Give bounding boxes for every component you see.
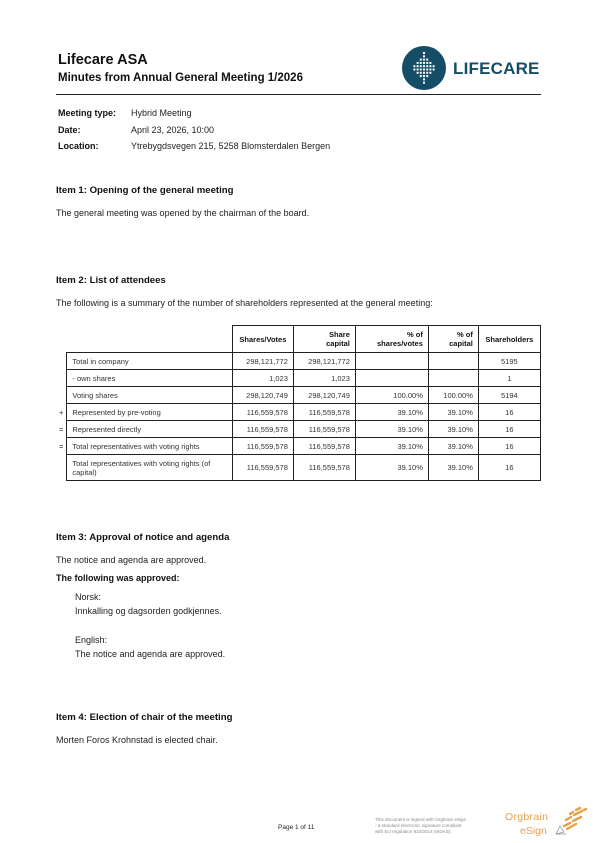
document-title: Minutes from Annual General Meeting 1/20… [58, 72, 303, 84]
share-capital-cell: 116,559,578 [293, 404, 355, 421]
lifecare-logo-text: LIFECARE [453, 59, 540, 79]
pct-capital-cell: 39.10% [428, 438, 478, 455]
shareholders-cell: 1 [478, 370, 540, 387]
orgbrain-logo-text: Orgbrain [505, 811, 548, 823]
share-capital-cell: 1,023 [293, 370, 355, 387]
date-label: Date: [58, 125, 131, 142]
row-label: Total representatives with voting rights… [67, 455, 233, 481]
pct-shares-cell: 39.10% [355, 455, 428, 481]
share-capital-cell: 298,121,772 [293, 353, 355, 370]
item1-body: The general meeting was opened by the ch… [56, 208, 309, 218]
row-sign [56, 387, 67, 404]
header-divider [56, 94, 541, 95]
pct-shares-cell: 39.10% [355, 438, 428, 455]
pct-shares-cell [355, 370, 428, 387]
pct-capital-cell: 100.00% [428, 387, 478, 404]
meeting-info: Meeting type: Hybrid Meeting Date: April… [58, 108, 330, 158]
label-header [67, 326, 233, 353]
norsk-label: Norsk: [75, 592, 101, 602]
row-label: Represented directly [67, 421, 233, 438]
table-row: Total representatives with voting rights… [56, 455, 540, 481]
pct-shares-header: % ofshares/votes [355, 326, 428, 353]
english-text: The notice and agenda are approved. [75, 649, 225, 659]
pct-capital-header: % ofcapital [428, 326, 478, 353]
company-name: Lifecare ASA [58, 52, 148, 68]
orgbrain-pen-icon [554, 806, 588, 836]
pct-shares-cell: 39.10% [355, 421, 428, 438]
meeting-type-row: Meeting type: Hybrid Meeting [58, 108, 330, 125]
item2-heading: Item 2: List of attendees [56, 275, 166, 286]
shareholders-cell: 5194 [478, 387, 540, 404]
table-row: Total in company298,121,772298,121,77251… [56, 353, 540, 370]
approved-label: The following was approved: [56, 573, 180, 583]
esign-logo-text: eSign [520, 825, 547, 837]
pct-capital-cell [428, 353, 478, 370]
table-row: =Represented directly116,559,578116,559,… [56, 421, 540, 438]
row-label: Represented by pre-voting [67, 404, 233, 421]
meeting-type-value: Hybrid Meeting [131, 108, 192, 125]
row-sign: = [56, 421, 67, 438]
shareholders-cell: 16 [478, 455, 540, 481]
item2-body: The following is a summary of the number… [56, 298, 433, 308]
item4-body: Morten Foros Krohnstad is elected chair. [56, 735, 218, 745]
lifecare-logo-icon [402, 46, 446, 90]
attendees-table: Shares/Votes Sharecapital % ofshares/vot… [56, 325, 541, 481]
sign-header [56, 326, 67, 353]
english-label: English: [75, 635, 107, 645]
table-row: +Represented by pre-voting116,559,578116… [56, 404, 540, 421]
shares-votes-cell: 116,559,578 [232, 421, 293, 438]
share-capital-cell: 298,120,749 [293, 387, 355, 404]
row-sign [56, 353, 67, 370]
table-row: - own shares1,0231,0231 [56, 370, 540, 387]
date-row: Date: April 23, 2026, 10:00 [58, 125, 330, 142]
meeting-type-label: Meeting type: [58, 108, 131, 125]
item1-heading: Item 1: Opening of the general meeting [56, 185, 234, 196]
row-label: Total representatives with voting rights [67, 438, 233, 455]
row-label: - own shares [67, 370, 233, 387]
share-capital-header: Sharecapital [293, 326, 355, 353]
item4-heading: Item 4: Election of chair of the meeting [56, 712, 232, 723]
pct-capital-cell: 39.10% [428, 455, 478, 481]
pct-capital-cell [428, 370, 478, 387]
table-row: =Total representatives with voting right… [56, 438, 540, 455]
item3-heading: Item 3: Approval of notice and agenda [56, 532, 229, 543]
share-capital-cell: 116,559,578 [293, 421, 355, 438]
pct-shares-cell: 100.00% [355, 387, 428, 404]
shares-votes-cell: 116,559,578 [232, 438, 293, 455]
item3-body: The notice and agenda are approved. [56, 555, 206, 565]
pct-capital-cell: 39.10% [428, 421, 478, 438]
signature-notice: This document is signed with Orgbrain eS… [375, 817, 505, 835]
shares-votes-cell: 298,121,772 [232, 353, 293, 370]
shareholders-header: Shareholders [478, 326, 540, 353]
location-row: Location: Ytrebygdsvegen 215, 5258 Bloms… [58, 141, 330, 158]
shares-votes-cell: 116,559,578 [232, 404, 293, 421]
shareholders-cell: 16 [478, 404, 540, 421]
date-value: April 23, 2026, 10:00 [131, 125, 214, 142]
share-capital-cell: 116,559,578 [293, 455, 355, 481]
shares-votes-cell: 298,120,749 [232, 387, 293, 404]
pct-shares-cell: 39.10% [355, 404, 428, 421]
row-sign [56, 455, 67, 481]
shares-votes-header: Shares/Votes [232, 326, 293, 353]
shareholders-cell: 5195 [478, 353, 540, 370]
shareholders-cell: 16 [478, 421, 540, 438]
shareholders-cell: 16 [478, 438, 540, 455]
row-sign [56, 370, 67, 387]
row-sign: = [56, 438, 67, 455]
table-row: Voting shares298,120,749298,120,749100.0… [56, 387, 540, 404]
location-value: Ytrebygdsvegen 215, 5258 Blomsterdalen B… [131, 141, 330, 158]
shares-votes-cell: 116,559,578 [232, 455, 293, 481]
row-sign: + [56, 404, 67, 421]
pct-shares-cell [355, 353, 428, 370]
row-label: Voting shares [67, 387, 233, 404]
share-capital-cell: 116,559,578 [293, 438, 355, 455]
row-label: Total in company [67, 353, 233, 370]
table-header-row: Shares/Votes Sharecapital % ofshares/vot… [56, 326, 540, 353]
page-number: Page 1 of 11 [278, 824, 314, 831]
shares-votes-cell: 1,023 [232, 370, 293, 387]
norsk-text: Innkalling og dagsorden godkjennes. [75, 606, 222, 616]
pct-capital-cell: 39.10% [428, 404, 478, 421]
location-label: Location: [58, 141, 131, 158]
